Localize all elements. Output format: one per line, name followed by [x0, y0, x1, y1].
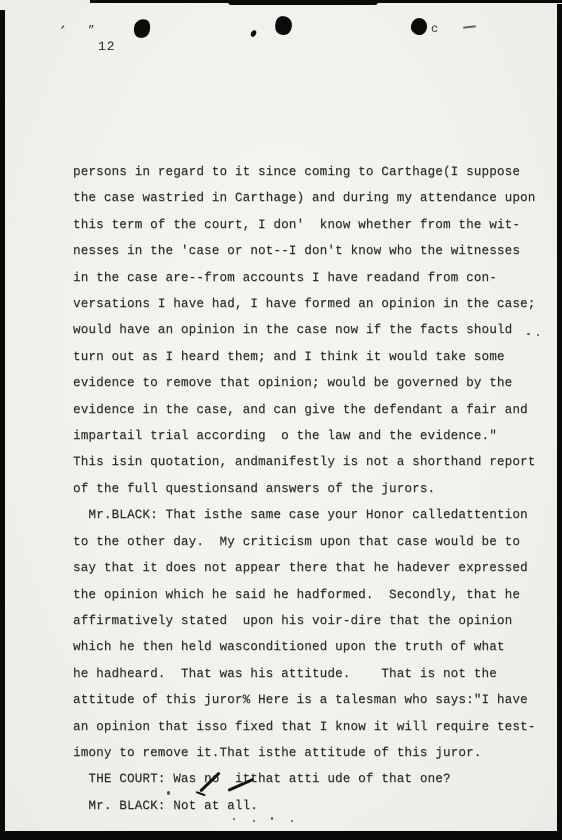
- text-line: turn out as I heard them; and I think it…: [73, 344, 551, 370]
- stray-mark: ’: [56, 23, 67, 39]
- scan-speck: [253, 820, 255, 822]
- text-line: impartail trial according o the law and …: [73, 423, 551, 449]
- page-number: 12: [98, 39, 116, 54]
- stray-mark: ”: [88, 25, 93, 37]
- text-line: which he then held wasconditioned upon t…: [73, 634, 551, 660]
- scan-speck: [167, 791, 170, 795]
- text-line: evidence to remove that opinion; would b…: [73, 370, 551, 396]
- text-line: persons in regard to it since coming to …: [73, 159, 551, 185]
- transcript-text: persons in regard to it since coming to …: [73, 159, 551, 819]
- text-line: evidence in the case, and can give the d…: [73, 397, 551, 423]
- scan-speck: [233, 818, 235, 820]
- text-line: Mr.BLACK: That isthe same case your Hono…: [73, 502, 551, 528]
- text-line: would have an opinion in the case now if…: [73, 317, 551, 343]
- text-line: this term of the court, I don' know whet…: [73, 212, 551, 238]
- scan-edge-left: [0, 10, 5, 840]
- ink-blot: [410, 17, 428, 36]
- text-line: the case wastried in Carthage) and durin…: [73, 185, 551, 211]
- text-line: Mr. BLACK: Not at all.: [73, 793, 551, 819]
- ink-blot: [250, 29, 257, 37]
- text-line: to the other day. My criticism upon that…: [73, 529, 551, 555]
- scan-speck: [527, 333, 530, 335]
- scan-edge-bottom: [4, 831, 562, 840]
- text-line: nesses in the 'case or not--I don't know…: [73, 238, 551, 264]
- text-line: say that it does not appear there that h…: [73, 555, 551, 581]
- ink-blot: [132, 17, 152, 39]
- scan-speck: [291, 820, 293, 822]
- text-line: attitude of this juror% Here is a talesm…: [73, 687, 551, 713]
- scan-edge-top-thick: [228, 0, 378, 5]
- ink-blot: [274, 15, 294, 36]
- text-line: he hadheard. That was his attitude. That…: [73, 661, 551, 687]
- scan-speck: [537, 334, 539, 336]
- text-line: versations I have had, I have formed an …: [73, 291, 551, 317]
- scanned-page: 12 ’ ” c persons in regard to it since c…: [0, 0, 562, 840]
- text-line: affirmatively stated upon his voir-dire …: [73, 608, 551, 634]
- text-line: of the full questionsand answers of the …: [73, 476, 551, 502]
- text-line: This isin quotation, andmanifestly is no…: [73, 449, 551, 475]
- stray-mark: [463, 25, 476, 28]
- scan-edge-right: [557, 4, 562, 840]
- text-line: the opinion which he said he hadformed. …: [73, 582, 551, 608]
- text-line: imony to remove it.That isthe attitude o…: [73, 740, 551, 766]
- text-line: an opinion that isso fixed that I know i…: [73, 714, 551, 740]
- stray-mark: c: [431, 22, 438, 36]
- text-line: THE COURT: Was no itthat atti ude of tha…: [73, 766, 551, 792]
- text-line: in the case are--from accounts I have re…: [73, 265, 551, 291]
- scan-speck: [271, 817, 273, 820]
